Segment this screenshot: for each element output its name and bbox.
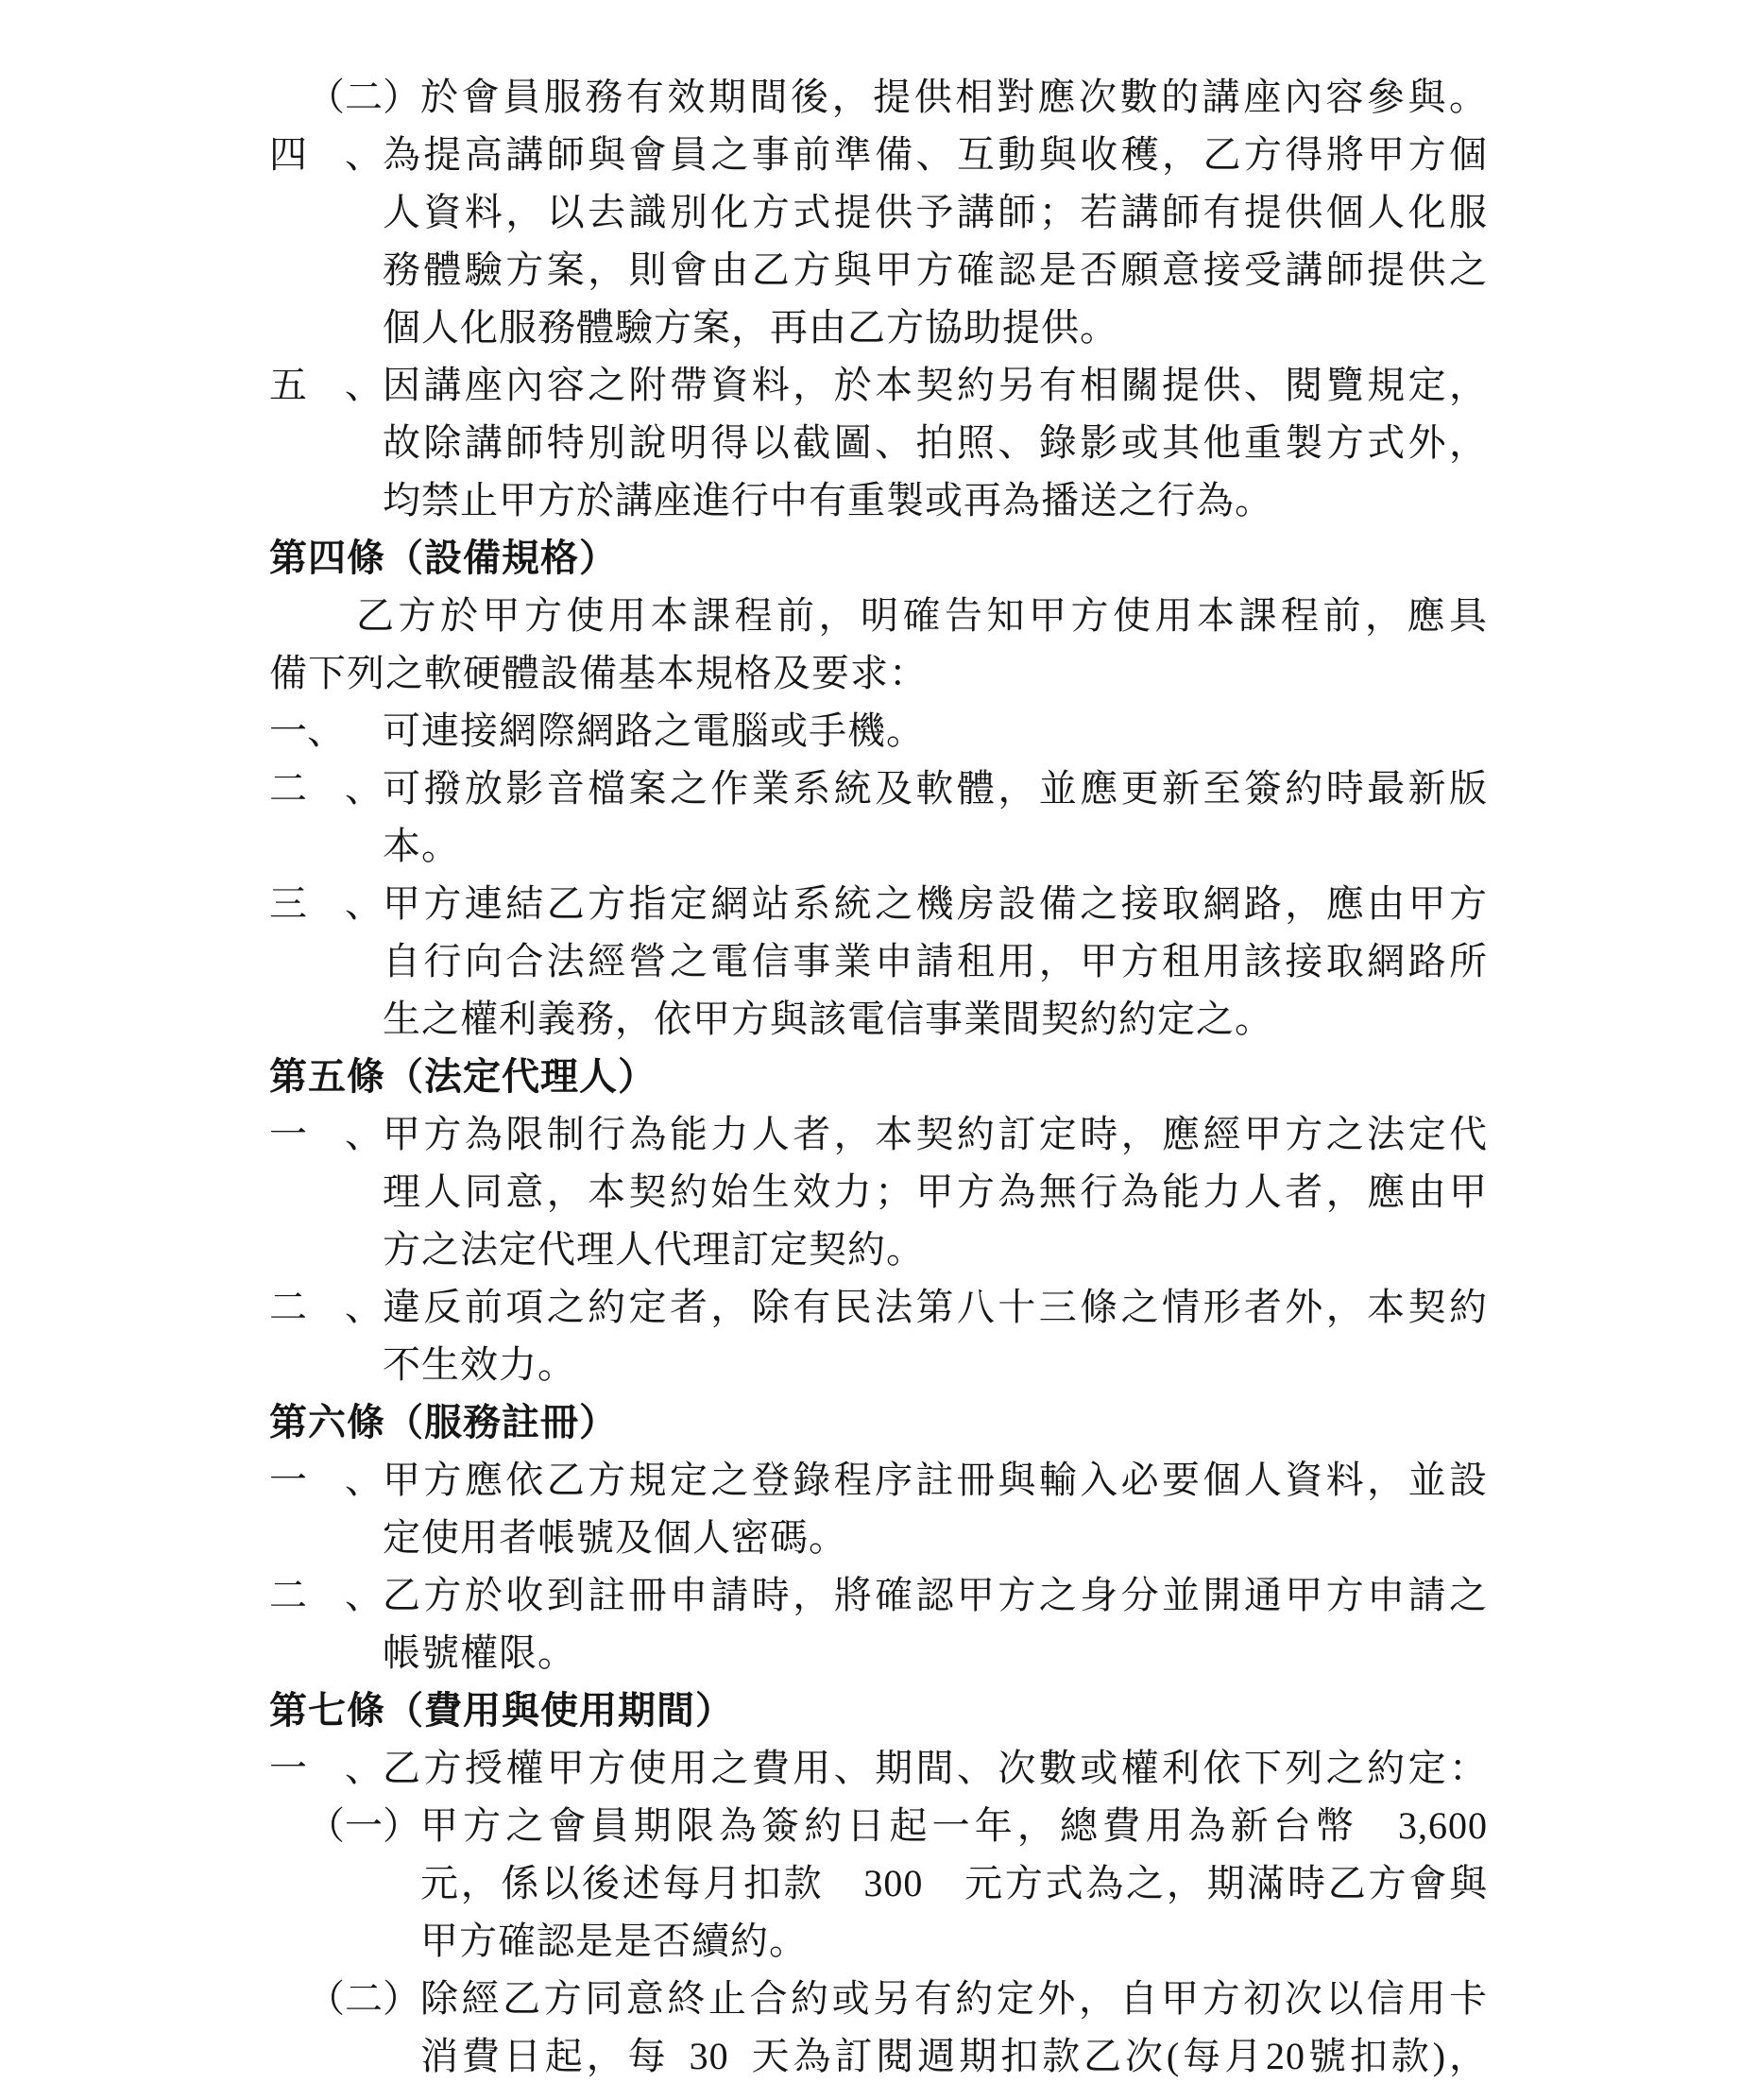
line-text: 甲方連結乙方指定網站系統之機房設備之接取網路，應由甲方 (383, 875, 1488, 932)
article-heading: 第五條（法定代理人） (269, 1048, 1488, 1105)
list-marker: 五、 (269, 356, 383, 414)
contract-line: 不生效力。 (269, 1336, 1488, 1393)
contract-text-block: （二） 於會員服務有效期間後，提供相對應次數的講座內容參與。 四、 為提高講師與… (269, 68, 1488, 2085)
contract-page: （二） 於會員服務有效期間後，提供相對應次數的講座內容參與。 四、 為提高講師與… (0, 0, 1757, 2100)
contract-line: 五、 因講座內容之附帶資料，於本契約另有相關提供、閱覽規定， (269, 356, 1488, 414)
contract-line: 消費日起，每 30 天為訂閱週期扣款乙次(每月20號扣款)， (269, 2027, 1488, 2085)
list-marker: （一） (307, 1797, 420, 1854)
line-text: 為提高講師與會員之事前準備、互動與收穫，乙方得將甲方個 (383, 126, 1488, 183)
contract-line: 三、 甲方連結乙方指定網站系統之機房設備之接取網路，應由甲方 (269, 875, 1488, 932)
line-text: 可連接網際網路之電腦或手機。 (383, 702, 1488, 760)
line-text: 乙方於收到註冊申請時，將確認甲方之身分並開通甲方申請之 (383, 1566, 1488, 1624)
contract-line: 務體驗方案，則會由乙方與甲方確認是否願意接受講師提供之 (269, 241, 1488, 299)
contract-line: 備下列之軟硬體設備基本規格及要求： (269, 644, 1488, 702)
contract-line: 甲方確認是是否續約。 (269, 1912, 1488, 1970)
line-text: 乙方授權甲方使用之費用、期間、次數或權利依下列之約定： (383, 1739, 1488, 1797)
list-marker: 一、 (269, 702, 383, 760)
contract-line: 自行向合法經營之電信事業申請租用，甲方租用該接取網路所 (269, 932, 1488, 990)
contract-line: 方之法定代理人代理訂定契約。 (269, 1221, 1488, 1278)
contract-line: 理人同意，本契約始生效力；甲方為無行為能力人者，應由甲 (269, 1163, 1488, 1221)
list-marker: 二、 (269, 1566, 383, 1624)
line-text: 除經乙方同意終止合約或另有約定外，自甲方初次以信用卡 (420, 1970, 1488, 2027)
article-heading: 第七條（費用與使用期間） (269, 1682, 1488, 1739)
list-marker: 一、 (269, 1739, 383, 1797)
contract-line: 一、 可連接網際網路之電腦或手機。 (269, 702, 1488, 760)
contract-line: 二、 違反前項之約定者，除有民法第八十三條之情形者外，本契約 (269, 1278, 1488, 1336)
contract-line: 生之權利義務，依甲方與該電信事業間契約約定之。 (269, 990, 1488, 1048)
contract-line: （二） 於會員服務有效期間後，提供相對應次數的講座內容參與。 (269, 68, 1488, 126)
line-text: 於會員服務有效期間後，提供相對應次數的講座內容參與。 (420, 68, 1488, 126)
line-text: 因講座內容之附帶資料，於本契約另有相關提供、閱覽規定， (383, 356, 1488, 414)
list-marker: 二、 (269, 1278, 383, 1336)
contract-line: 個人化服務體驗方案，再由乙方協助提供。 (269, 299, 1488, 356)
contract-line: 故除講師特別說明得以截圖、拍照、錄影或其他重製方式外， (269, 414, 1488, 471)
line-text: 甲方之會員期限為簽約日起一年，總費用為新台幣 3,600 (420, 1797, 1488, 1854)
contract-line: 帳號權限。 (269, 1624, 1488, 1682)
list-marker: 三、 (269, 875, 383, 932)
contract-line: 定使用者帳號及個人密碼。 (269, 1509, 1488, 1566)
contract-line: 四、 為提高講師與會員之事前準備、互動與收穫，乙方得將甲方個 (269, 126, 1488, 183)
list-marker: 四、 (269, 126, 383, 183)
contract-line: （二） 除經乙方同意終止合約或另有約定外，自甲方初次以信用卡 (269, 1970, 1488, 2027)
contract-line: 二、 可撥放影音檔案之作業系統及軟體，並應更新至簽約時最新版 (269, 760, 1488, 817)
list-marker: （二） (307, 1970, 420, 2027)
article-heading: 第四條（設備規格） (269, 529, 1488, 587)
contract-line: （一） 甲方之會員期限為簽約日起一年，總費用為新台幣 3,600 (269, 1797, 1488, 1854)
contract-line: 均禁止甲方於講座進行中有重製或再為播送之行為。 (269, 471, 1488, 529)
list-marker: 一、 (269, 1105, 383, 1163)
list-marker: （二） (307, 68, 420, 126)
contract-line: 一、 甲方應依乙方規定之登錄程序註冊與輸入必要個人資料，並設 (269, 1451, 1488, 1509)
article-heading: 第六條（服務註冊） (269, 1393, 1488, 1451)
line-text: 違反前項之約定者，除有民法第八十三條之情形者外，本契約 (383, 1278, 1488, 1336)
line-text: 甲方為限制行為能力人者，本契約訂定時，應經甲方之法定代 (383, 1105, 1488, 1163)
contract-line: 乙方於甲方使用本課程前，明確告知甲方使用本課程前，應具 (269, 587, 1488, 644)
contract-line: 本。 (269, 817, 1488, 875)
list-marker: 二、 (269, 760, 383, 817)
list-marker: 一、 (269, 1451, 383, 1509)
contract-line: 一、 甲方為限制行為能力人者，本契約訂定時，應經甲方之法定代 (269, 1105, 1488, 1163)
contract-line: 元，係以後述每月扣款 300 元方式為之，期滿時乙方會與 (269, 1854, 1488, 1912)
contract-line: 人資料，以去識別化方式提供予講師；若講師有提供個人化服 (269, 183, 1488, 241)
contract-line: 二、 乙方於收到註冊申請時，將確認甲方之身分並開通甲方申請之 (269, 1566, 1488, 1624)
line-text: 甲方應依乙方規定之登錄程序註冊與輸入必要個人資料，並設 (383, 1451, 1488, 1509)
line-text: 可撥放影音檔案之作業系統及軟體，並應更新至簽約時最新版 (383, 760, 1488, 817)
contract-line: 一、 乙方授權甲方使用之費用、期間、次數或權利依下列之約定： (269, 1739, 1488, 1797)
